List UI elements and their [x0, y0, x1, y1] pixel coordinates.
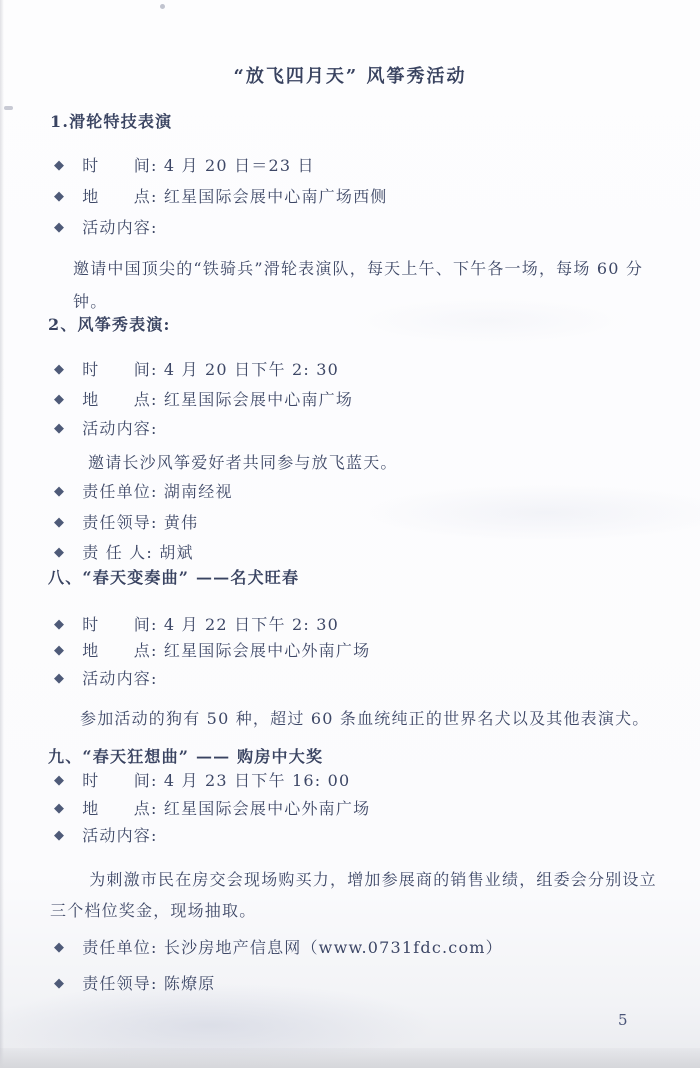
- bullet-row-time: ◆ 时 间: 4 月 20 日下午 2: 30: [54, 359, 339, 381]
- content-label: 活动内容:: [82, 825, 157, 847]
- time-label: 时 间: 4 月 20 日＝23 日: [82, 155, 315, 177]
- document-title: “放飞四月天” 风筝秀活动: [0, 66, 700, 88]
- time-label: 时 间: 4 月 20 日下午 2: 30: [82, 359, 339, 381]
- content-label: 活动内容:: [82, 217, 157, 239]
- diamond-bullet-icon: ◆: [54, 825, 65, 847]
- section-2-heading: 2、风筝秀表演:: [48, 314, 171, 336]
- diamond-bullet-icon: ◆: [54, 217, 65, 239]
- bullet-row-responsible-unit: ◆ 责任单位: 湖南经视: [54, 481, 233, 503]
- bullet-row-content: ◆ 活动内容:: [54, 825, 158, 847]
- time-label: 时 间: 4 月 22 日下午 2: 30: [82, 614, 339, 636]
- diamond-bullet-icon: ◆: [54, 542, 65, 564]
- place-label: 地 点: 红星国际会展中心南广场: [82, 389, 353, 411]
- bullet-row-content: ◆ 活动内容:: [54, 668, 158, 690]
- bullet-row-responsible-person: ◆ 责 任 人: 胡斌: [54, 542, 194, 564]
- bullet-row-responsible-unit: ◆ 责任单位: 长沙房地产信息网（www.0731fdc.com）: [54, 937, 503, 959]
- responsible-unit-label: 责任单位: 湖南经视: [82, 481, 232, 503]
- bullet-row-responsible-leader: ◆ 责任领导: 陈燎原: [54, 973, 215, 995]
- diamond-bullet-icon: ◆: [54, 770, 65, 792]
- place-label: 地 点: 红星国际会展中心外南广场: [82, 640, 370, 662]
- scan-bottom-edge-shadow: [0, 1048, 700, 1068]
- time-label: 时 间: 4 月 23 日下午 16: 00: [82, 770, 350, 792]
- bullet-row-time: ◆ 时 间: 4 月 22 日下午 2: 30: [54, 614, 339, 636]
- place-label: 地 点: 红星国际会展中心外南广场: [82, 798, 370, 820]
- responsible-person-label: 责 任 人: 胡斌: [82, 542, 193, 564]
- section-2-paragraph: 邀请长沙风筝爱好者共同参与放飞蓝天。: [88, 446, 648, 479]
- place-label: 地 点: 红星国际会展中心南广场西侧: [82, 186, 387, 208]
- bullet-row-place: ◆ 地 点: 红星国际会展中心外南广场: [54, 798, 370, 820]
- section-8-heading: 八、“春天变奏曲” ——名犬旺春: [48, 567, 299, 589]
- responsible-leader-label: 责任领导: 陈燎原: [82, 973, 215, 995]
- diamond-bullet-icon: ◆: [54, 614, 65, 636]
- section-9-paragraph: 为刺激市民在房交会现场购买力，增加参展商的销售业绩，组委会分别设立三个档位奖金，…: [50, 864, 664, 926]
- section-8-paragraph: 参加活动的狗有 50 种，超过 60 条血统纯正的世界名犬以及其他表演犬。: [80, 702, 680, 735]
- bullet-row-time: ◆ 时 间: 4 月 20 日＝23 日: [54, 155, 315, 177]
- scan-left-edge-shadow: [0, 0, 4, 1068]
- scanned-document-page: “放飞四月天” 风筝秀活动 1.滑轮特技表演 ◆ 时 间: 4 月 20 日＝2…: [0, 0, 700, 1068]
- bullet-row-time: ◆ 时 间: 4 月 23 日下午 16: 00: [54, 770, 350, 792]
- bullet-row-place: ◆ 地 点: 红星国际会展中心南广场: [54, 389, 353, 411]
- bullet-row-place: ◆ 地 点: 红星国际会展中心南广场西侧: [54, 186, 387, 208]
- diamond-bullet-icon: ◆: [54, 389, 65, 411]
- diamond-bullet-icon: ◆: [54, 668, 65, 690]
- scan-artifact-dot: [160, 4, 165, 9]
- section-1-heading: 1.滑轮特技表演: [50, 111, 172, 133]
- diamond-bullet-icon: ◆: [54, 798, 65, 820]
- scan-artifact-smudge: [4, 106, 13, 110]
- diamond-bullet-icon: ◆: [54, 640, 65, 662]
- diamond-bullet-icon: ◆: [54, 512, 65, 534]
- page-number: 5: [618, 1011, 628, 1029]
- diamond-bullet-icon: ◆: [54, 359, 65, 381]
- bullet-row-place: ◆ 地 点: 红星国际会展中心外南广场: [54, 640, 370, 662]
- bullet-row-content: ◆ 活动内容:: [54, 217, 158, 239]
- section-9-heading: 九、“春天狂想曲” —— 购房中大奖: [48, 746, 323, 768]
- diamond-bullet-icon: ◆: [54, 418, 65, 440]
- diamond-bullet-icon: ◆: [54, 155, 65, 177]
- content-label: 活动内容:: [82, 418, 157, 440]
- diamond-bullet-icon: ◆: [54, 481, 65, 503]
- content-label: 活动内容:: [82, 668, 157, 690]
- responsible-leader-label: 责任领导: 黄伟: [82, 512, 198, 534]
- responsible-unit-label: 责任单位: 长沙房地产信息网（www.0731fdc.com）: [82, 937, 503, 959]
- diamond-bullet-icon: ◆: [54, 186, 65, 208]
- diamond-bullet-icon: ◆: [54, 937, 65, 959]
- section-1-paragraph: 邀请中国顶尖的“铁骑兵”滑轮表演队，每天上午、下午各一场，每场 60 分钟。: [73, 252, 665, 318]
- diamond-bullet-icon: ◆: [54, 973, 65, 995]
- bullet-row-responsible-leader: ◆ 责任领导: 黄伟: [54, 512, 198, 534]
- bullet-row-content: ◆ 活动内容:: [54, 418, 158, 440]
